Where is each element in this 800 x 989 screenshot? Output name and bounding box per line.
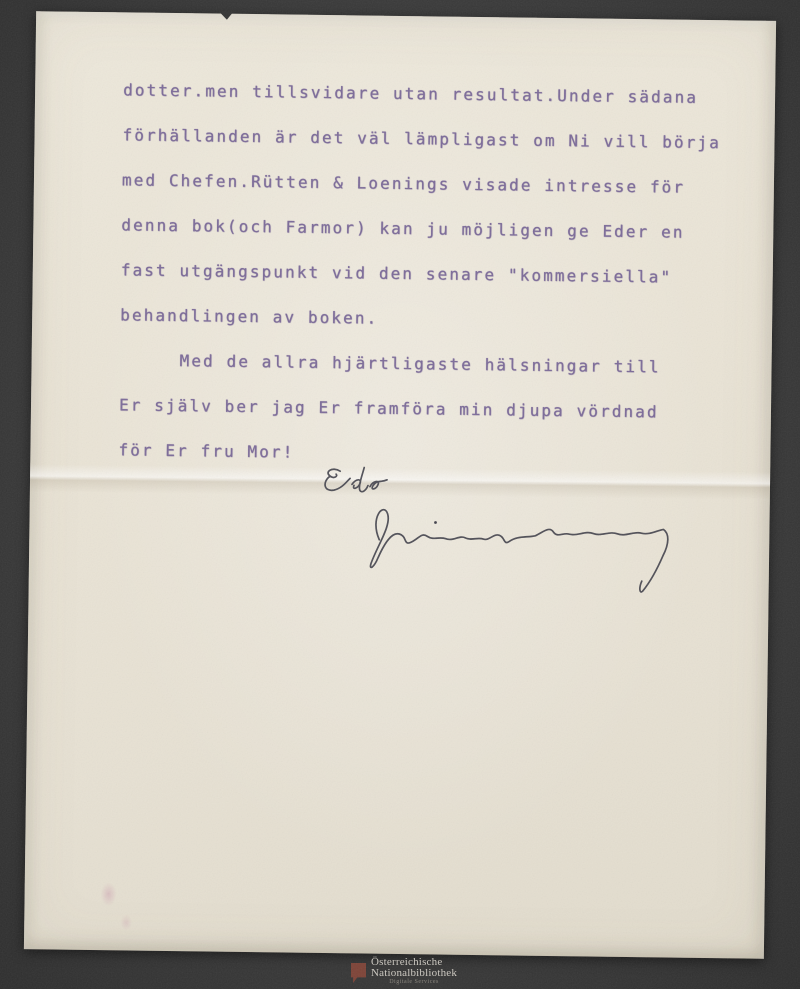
signature-handwriting [357,499,680,595]
scan-background: dotter.men tillsvidare utan resultat.Und… [0,0,800,989]
library-subtitle: Digitale Services [371,979,457,986]
ink-stain [100,882,116,906]
typed-line: förhällanden är det väl lämpligast om Ni… [122,112,743,165]
typed-line: Med de allra hjärtligaste hälsningar til… [119,337,740,390]
typed-line: med Chefen.Rütten & Loenings visade intr… [122,157,743,210]
paper-edge-notch [218,11,234,20]
closing-handwriting [320,463,392,498]
letter-page: dotter.men tillsvidare utan resultat.Und… [24,11,776,959]
ink-stain [120,914,132,930]
typed-line: för Er fru Mor! [118,427,739,480]
onb-logo-icon [351,963,366,983]
typed-line: behandlingen av boken. [120,292,741,345]
typed-line: fast utgängspunkt vid den senare "kommer… [120,247,741,300]
letter-body: dotter.men tillsvidare utan resultat.Und… [118,67,743,480]
typed-line: Er själv ber jag Er framföra min djupa v… [119,382,740,435]
typed-line: dotter.men tillsvidare utan resultat.Und… [123,67,744,120]
library-name-line2: Nationalbibliothek [371,967,457,979]
onb-watermark: Österreichische Nationalbibliothek Digit… [351,957,457,986]
typed-line: denna bok(och Farmor) kan ju möjligen ge… [121,202,742,255]
